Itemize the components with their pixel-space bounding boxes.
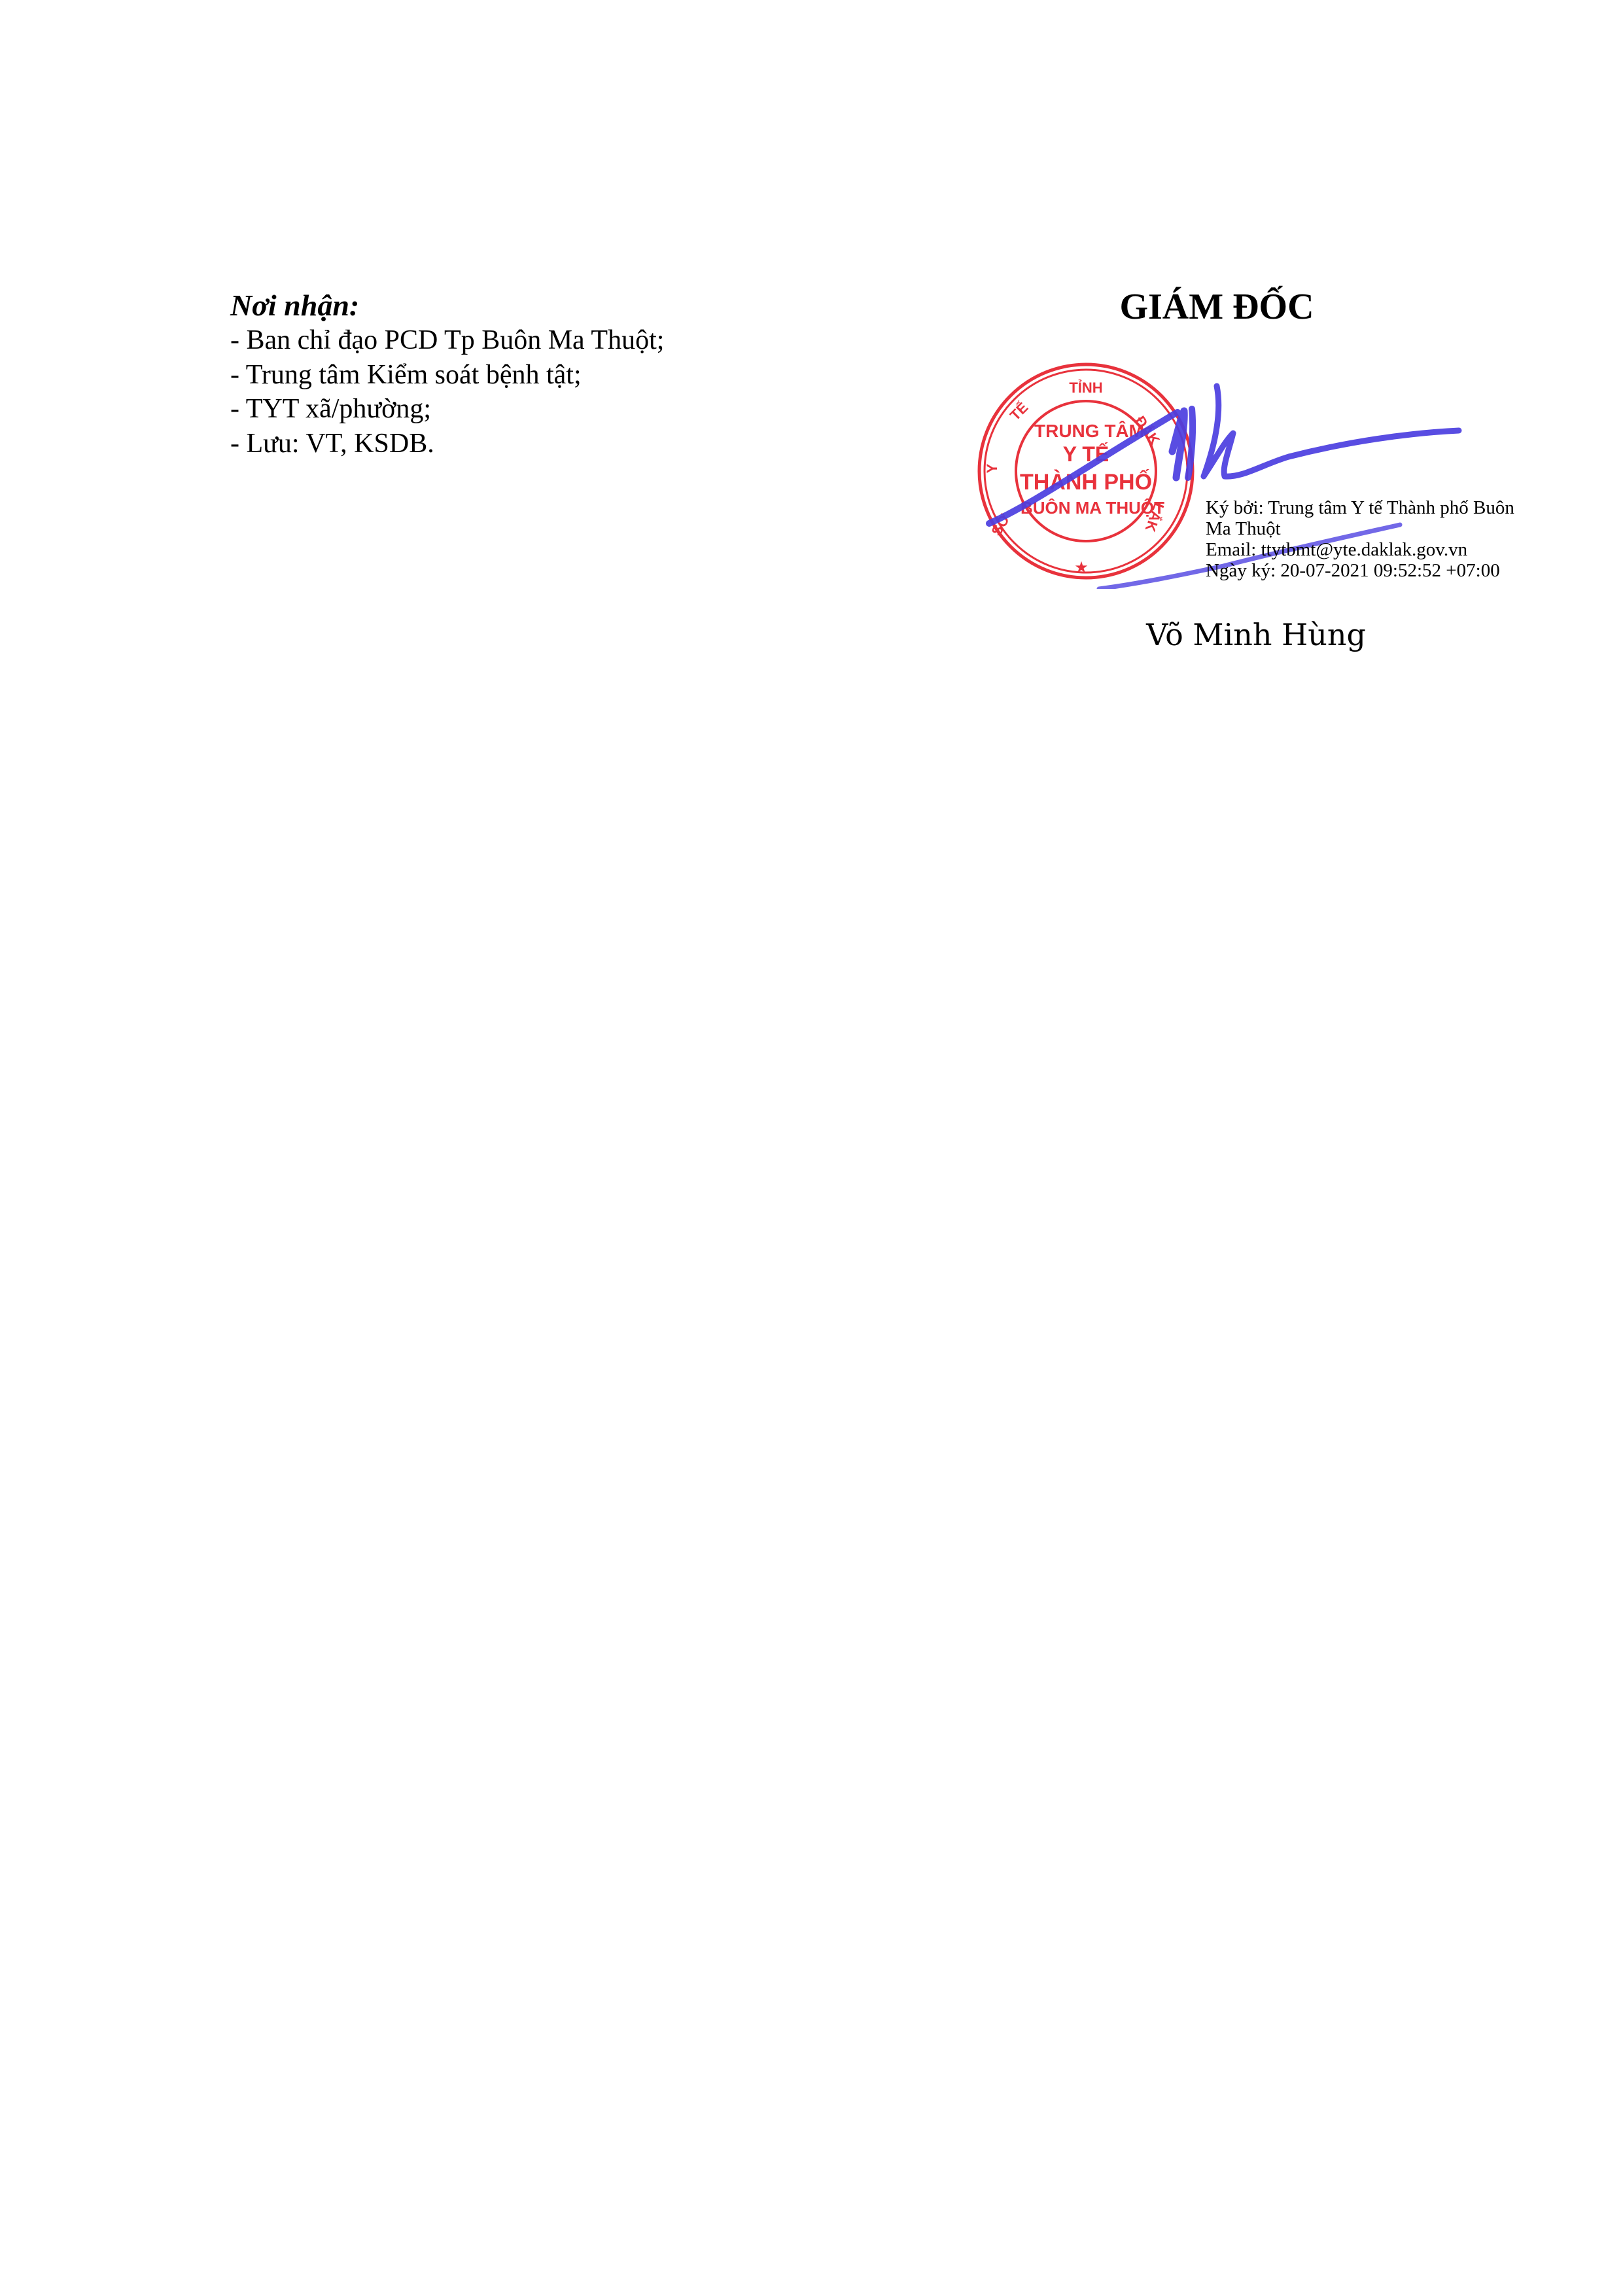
stamp-center-text: THÀNH PHỐ <box>1020 469 1152 495</box>
signer-title: GIÁM ĐỐC <box>1047 285 1387 328</box>
signer-email: Email: ttytbmt@yte.daklak.gov.vn <box>1206 539 1598 560</box>
signed-by-text-cont: Ma Thuột <box>1206 518 1598 539</box>
signed-by-text: Ký bởi: Trung tâm Y tế Thành phố Buôn <box>1206 497 1598 518</box>
recipient-item: - Trung tâm Kiểm soát bệnh tật; <box>230 358 950 393</box>
recipients-list: - Ban chỉ đạo PCD Tp Buôn Ma Thuột; - Tr… <box>230 323 950 461</box>
stamp-center-text: BUÔN MA THUỘT <box>1021 498 1164 518</box>
signer-name: Võ Minh Hùng <box>1106 615 1406 654</box>
recipient-item: - Lưu: VT, KSDB. <box>230 427 950 461</box>
recipient-item: - TYT xã/phường; <box>230 392 950 427</box>
stamp-ring-text: TỈNH <box>1069 380 1102 396</box>
stamp-center-text: Y TẾ <box>1063 442 1109 466</box>
digital-signature-info: Ký bởi: Trung tâm Y tế Thành phố Buôn Ma… <box>1206 497 1598 581</box>
stamp-center-text: TRUNG TÂM <box>1034 421 1144 441</box>
official-stamp-icon: SỞ Y TẾ TỈNH ĐẮK LẮK TRUNG TÂM Y TẾ THÀN… <box>975 360 1197 582</box>
stamp-ring-text: Y <box>984 463 1000 473</box>
stamp-star-icon: ★ <box>1074 559 1089 576</box>
recipient-item: - Ban chỉ đạo PCD Tp Buôn Ma Thuột; <box>230 323 950 358</box>
stamp-ring-text: SỞ <box>988 511 1013 539</box>
recipients-block: Nơi nhận: - Ban chỉ đạo PCD Tp Buôn Ma T… <box>230 288 950 461</box>
recipients-heading: Nơi nhận: <box>230 288 950 323</box>
signing-date: Ngày ký: 20-07-2021 09:52:52 +07:00 <box>1206 560 1598 581</box>
